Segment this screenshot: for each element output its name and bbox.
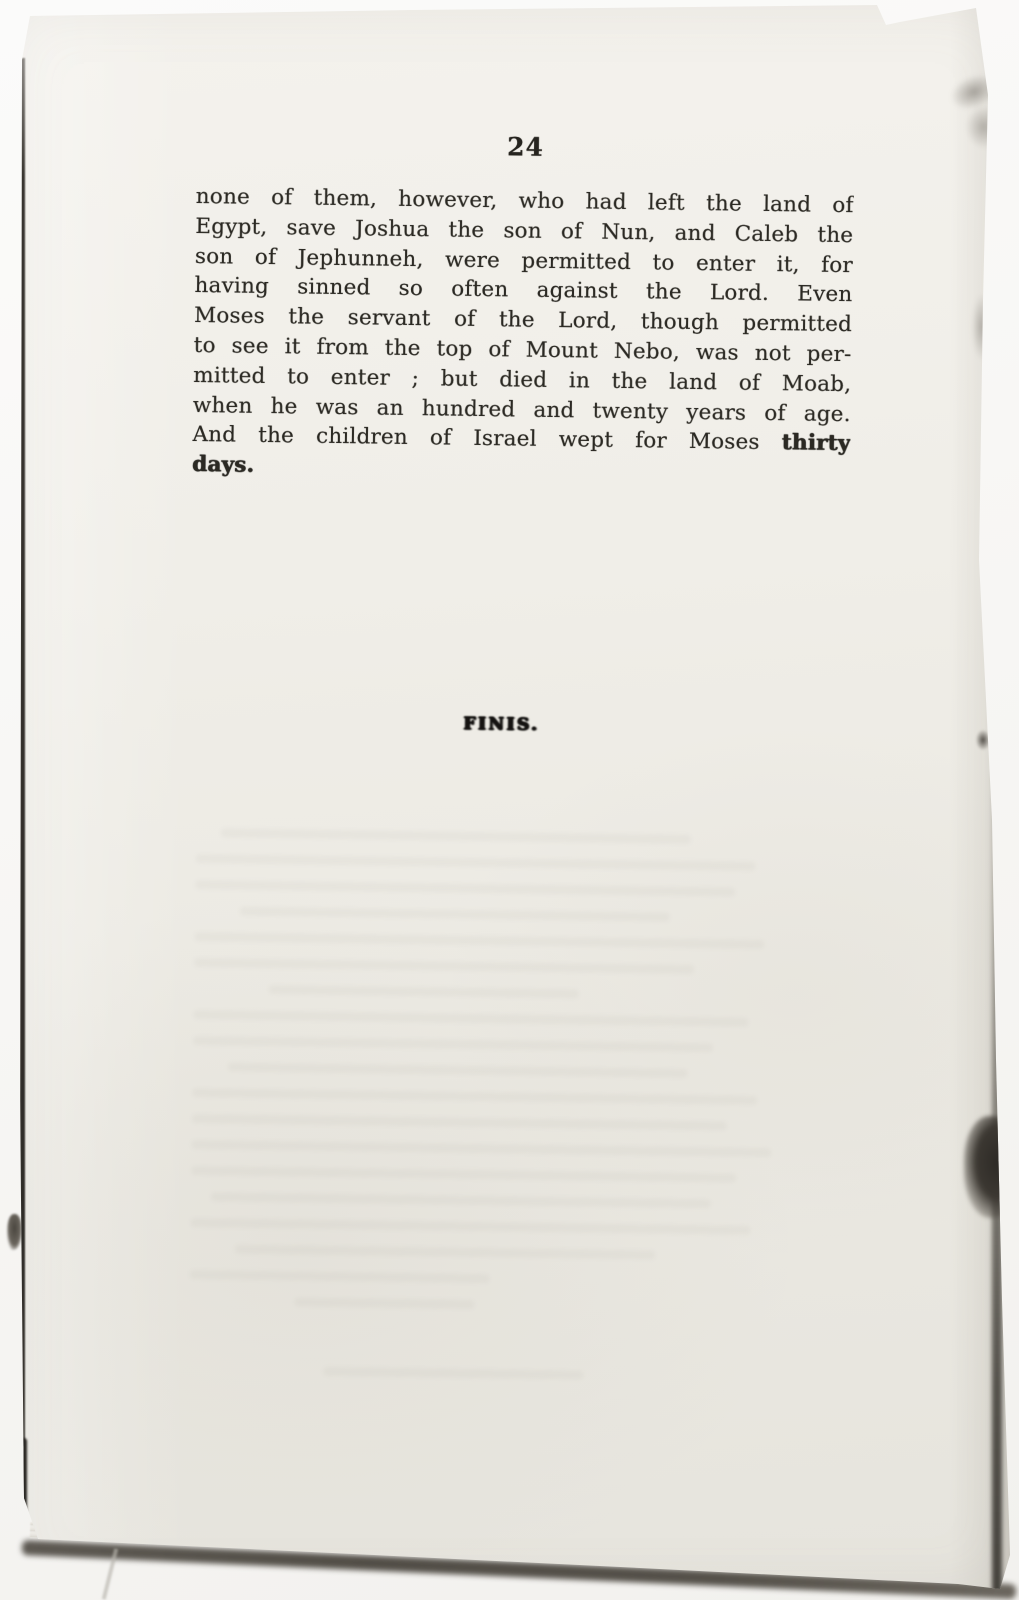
bleed-through-line bbox=[195, 880, 735, 897]
bleed-through-line bbox=[240, 907, 670, 922]
bleed-through-line bbox=[192, 1114, 727, 1130]
bleed-through-line bbox=[294, 1297, 474, 1309]
bleed-through-line bbox=[191, 1140, 771, 1157]
bleed-through-line bbox=[190, 1218, 750, 1235]
bleed-through-line bbox=[211, 1192, 711, 1208]
bleed-through-line bbox=[193, 1036, 713, 1052]
photographed-book-page: 24 none of them, however, who had left t… bbox=[0, 0, 1019, 1600]
printed-content: 24 none of them, however, who had left t… bbox=[192, 182, 854, 489]
bleed-through-line bbox=[194, 958, 694, 974]
bleed-through-line bbox=[192, 1088, 757, 1105]
left-edge-shadow-bottom bbox=[19, 1438, 27, 1542]
deckle-smudge-middle bbox=[976, 730, 990, 750]
left-edge-shadow-line bbox=[20, 58, 25, 1543]
bleed-through-line bbox=[194, 932, 764, 949]
page-number: 24 bbox=[196, 130, 854, 164]
right-edge-shading bbox=[949, 0, 1019, 1600]
body-text: none of them, however, who had left the … bbox=[192, 182, 854, 489]
bleed-through-line bbox=[193, 1010, 748, 1027]
deckle-smudge-upper bbox=[972, 294, 992, 360]
bleed-through-line bbox=[195, 854, 755, 871]
bleed-through-line bbox=[221, 828, 691, 844]
finis-label: FINIS. bbox=[172, 712, 830, 738]
bleed-through-text bbox=[173, 828, 845, 1400]
bleed-through-line bbox=[269, 985, 579, 998]
bleed-through-line bbox=[235, 1245, 655, 1260]
bleed-through-line bbox=[191, 1166, 736, 1183]
bleed-through-line bbox=[190, 1270, 490, 1283]
bleed-through-line bbox=[323, 1367, 583, 1380]
paper-page: 24 none of them, however, who had left t… bbox=[0, 0, 1019, 1600]
deckle-smudge-top-2 bbox=[966, 106, 1002, 148]
left-edge-fiber bbox=[7, 1214, 22, 1250]
bleed-through-line bbox=[228, 1063, 688, 1078]
right-edge-ink-blob bbox=[964, 1116, 1019, 1218]
